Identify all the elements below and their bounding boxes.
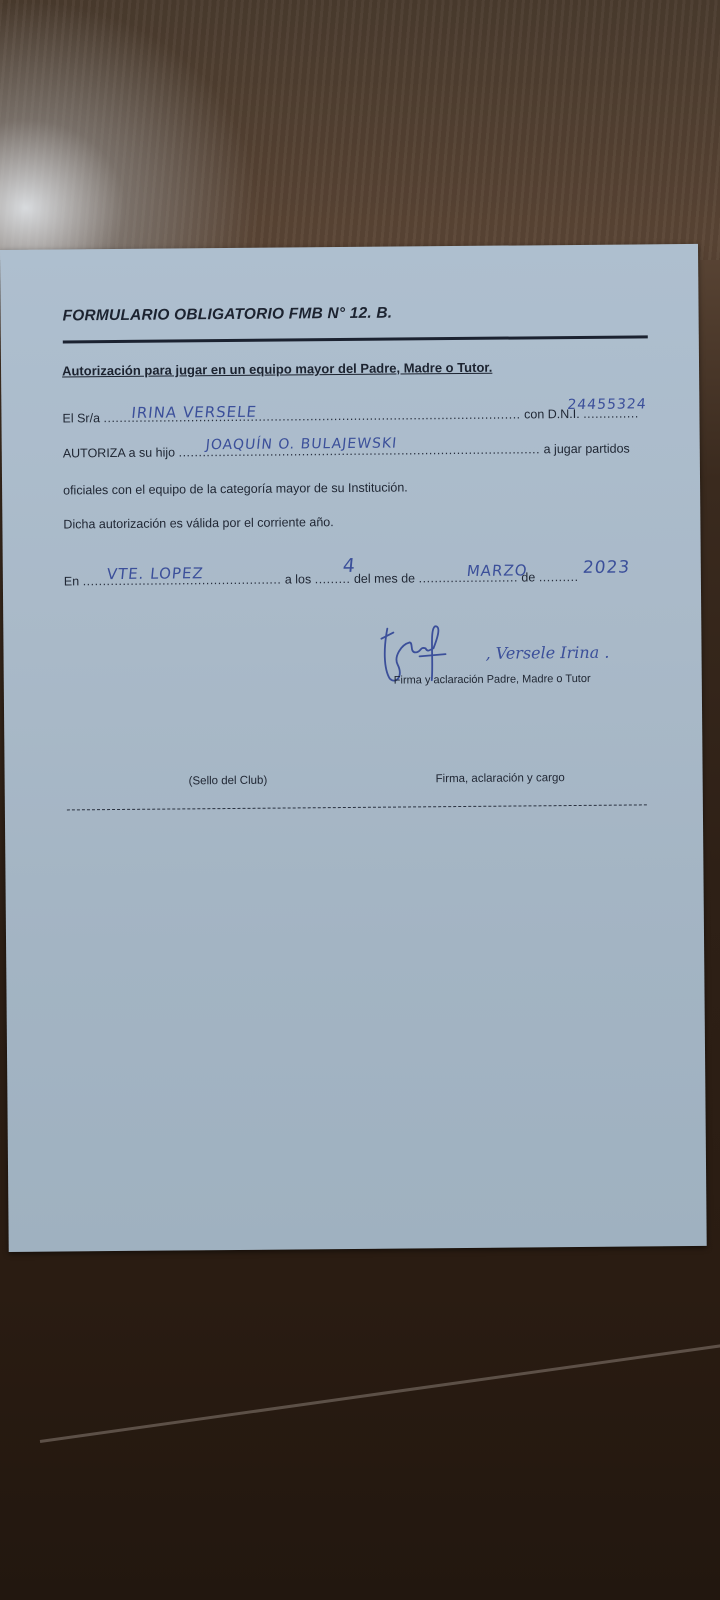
validity-text: Dicha autorización es válida por el corr… (63, 515, 333, 531)
month-handwritten: MARZO (466, 561, 528, 580)
document-title: FORMULARIO OBLIGATORIO FMB N° 12. B. (63, 305, 393, 326)
year-field: .......... (539, 570, 579, 584)
light-glare (0, 0, 260, 260)
club-signature-label: Firma, aclaración y cargo (436, 772, 565, 785)
place-handwritten: VTE. LOPEZ (106, 564, 205, 583)
signature-caption: Firma y aclaración Padre, Madre o Tutor (394, 673, 591, 687)
month-label: del mes de (354, 571, 415, 586)
place-label: En (64, 574, 79, 588)
title-divider (63, 335, 648, 343)
child-name-handwritten: JOAQUÍN O. BULAJEWSKI (205, 436, 398, 454)
club-stamp-label: (Sello del Club) (189, 775, 268, 788)
signature-name-handwritten: , Versele Irina . (485, 643, 609, 663)
form-paper: FORMULARIO OBLIGATORIO FMB N° 12. B. Aut… (0, 244, 707, 1252)
dni-handwritten: 24455324 (567, 396, 648, 413)
official-games-text: oficiales con el equipo de la categoría … (63, 480, 408, 497)
guardian-label: El Sr/a (62, 411, 100, 425)
guardian-name-handwritten: IRINA VERSELE (131, 403, 258, 422)
year-handwritten: 2023 (582, 558, 631, 578)
cut-line (67, 804, 647, 810)
play-label: a jugar partidos (544, 442, 630, 457)
authorize-label: AUTORIZA a su hijo (63, 445, 175, 460)
day-handwritten: 4 (342, 555, 357, 577)
document-subtitle: Autorización para jugar en un equipo may… (62, 360, 492, 379)
day-label: a los (285, 572, 312, 586)
table-seam (40, 1343, 720, 1443)
